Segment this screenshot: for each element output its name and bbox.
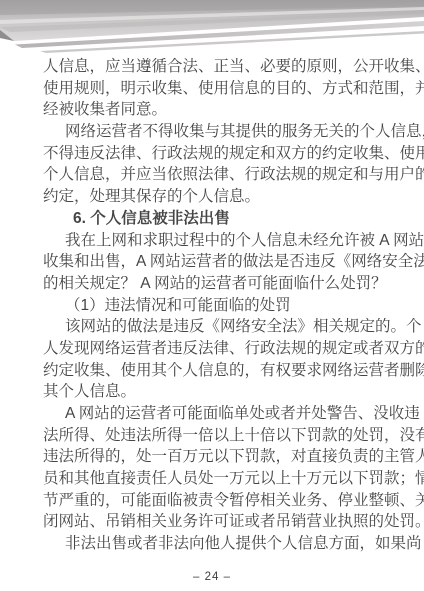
text-line: 约定，处理其保存的个人信息。: [43, 186, 383, 208]
page-number: – 24 –: [0, 571, 424, 583]
text-line: 违法所得的，处一百万元以下罚款，对直接负责的主管人: [43, 446, 383, 468]
text-line: 使用规则，明示收集、使用信息的目的、方式和范围，并: [43, 78, 383, 100]
text-line: 我在上网和求职过程中的个人信息未经允许被 A 网站: [43, 230, 383, 252]
paragraph: 网络运营者不得收集与其提供的服务无关的个人信息，不得违反法律、行政法规的规定和双…: [43, 121, 383, 208]
paragraph: 非法出售或者非法向他人提供个人信息方面，如果尚: [43, 533, 383, 555]
paragraph: （1）违法情况和可能面临的处罚: [43, 295, 383, 317]
text-line: 的相关规定？ A 网站的运营者可能面临什么处罚？: [43, 273, 383, 295]
paragraph: A 网站的运营者可能面临单处或者并处警告、没收违法所得、处违法所得一倍以上十倍以…: [43, 403, 383, 533]
text-line: 节严重的，可能面临被责令暂停相关业务、停业整顿、关: [43, 490, 383, 512]
text-line: 该网站的做法是违反《网络安全法》相关规定的。个: [43, 316, 383, 338]
text-line: 约定收集、使用其个人信息的，有权要求网络运营者删除: [43, 360, 383, 382]
text-line: 人信息，应当遵循合法、正当、必要的原则，公开收集、: [43, 56, 383, 78]
text-line: 网络运营者不得收集与其提供的服务无关的个人信息，: [43, 121, 383, 143]
text-line: 6. 个人信息被非法出售: [43, 208, 383, 230]
text-line: 非法出售或者非法向他人提供个人信息方面，如果尚: [43, 533, 383, 555]
paragraph: 我在上网和求职过程中的个人信息未经允许被 A 网站收集和出售，A 网站运营者的做…: [43, 230, 383, 295]
text-line: 其个人信息。: [43, 381, 383, 403]
text-line: 员和其他直接责任人员处一万元以上十万元以下罚款；情: [43, 468, 383, 490]
text-line: 收集和出售，A 网站运营者的做法是否违反《网络安全法》: [43, 251, 383, 273]
text-line: A 网站的运营者可能面临单处或者并处警告、没收违: [43, 403, 383, 425]
header-banner-decoration: [0, 0, 424, 56]
text-line: （1）违法情况和可能面临的处罚: [43, 295, 383, 317]
text-line: 不得违反法律、行政法规的规定和双方的约定收集、使用: [43, 143, 383, 165]
paragraph: 人信息，应当遵循合法、正当、必要的原则，公开收集、使用规则，明示收集、使用信息的…: [43, 56, 383, 121]
paragraph: 该网站的做法是违反《网络安全法》相关规定的。个人发现网络运营者违反法律、行政法规…: [43, 316, 383, 403]
text-line: 闭网站、吊销相关业务许可证或者吊销营业执照的处罚。: [43, 511, 383, 533]
text-content: 人信息，应当遵循合法、正当、必要的原则，公开收集、使用规则，明示收集、使用信息的…: [43, 56, 383, 555]
text-line: 个人信息，并应当依照法律、行政法规的规定和与用户的: [43, 164, 383, 186]
text-line: 人发现网络运营者违反法律、行政法规的规定或者双方的: [43, 338, 383, 360]
book-page: 人信息，应当遵循合法、正当、必要的原则，公开收集、使用规则，明示收集、使用信息的…: [0, 0, 424, 591]
text-line: 法所得、处违法所得一倍以上十倍以下罚款的处罚，没有: [43, 425, 383, 447]
section-heading: 6. 个人信息被非法出售: [43, 208, 383, 230]
text-line: 经被收集者同意。: [43, 99, 383, 121]
